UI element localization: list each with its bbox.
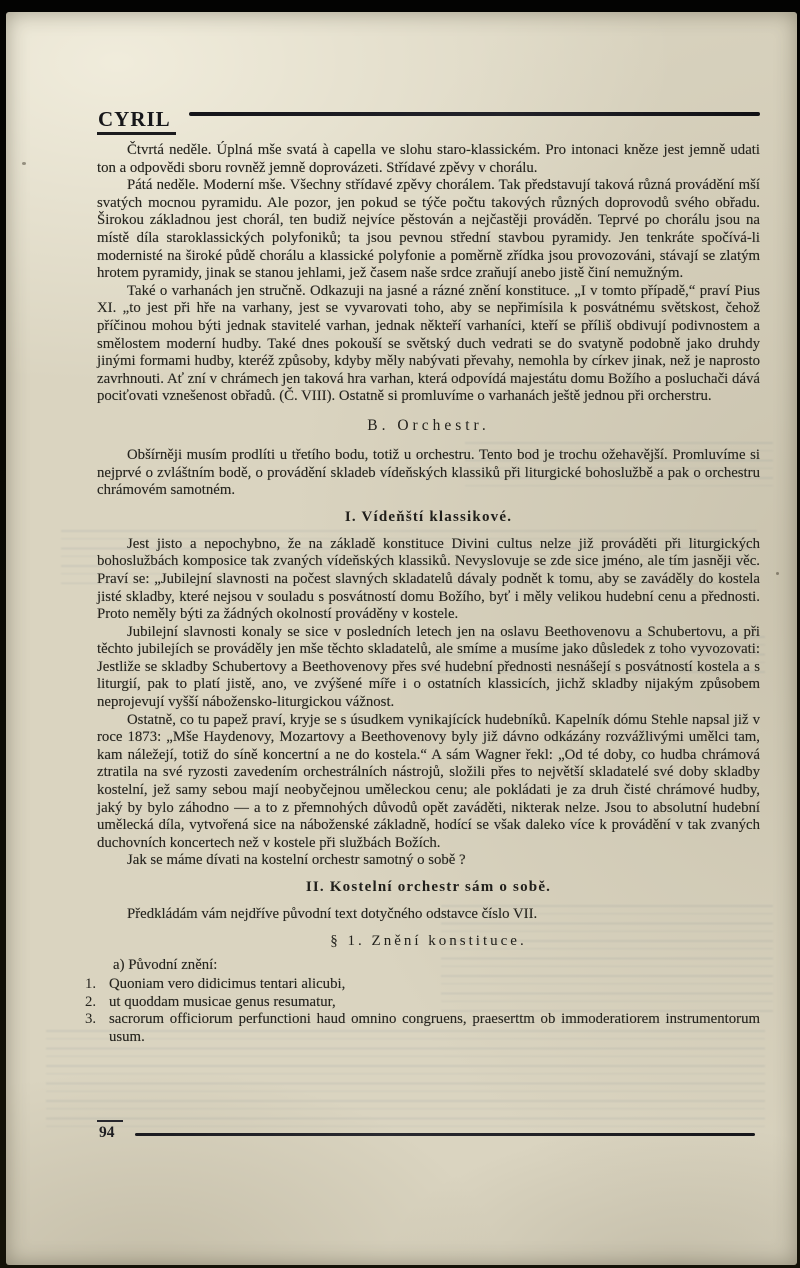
masthead-row: CYRIL [97, 108, 760, 135]
label-puvodni-zneni: a) Původní znění: [97, 957, 760, 975]
list-item-number: 1. [85, 976, 109, 994]
paragraph-organs: Také o varhanách jen stručně. Odkazuji n… [97, 283, 760, 406]
list-item: 2. ut quoddam musicae genus resumatur, [85, 994, 760, 1012]
page-number: 94 [97, 1120, 123, 1142]
section-heading-orchestr: B. Orchestr. [97, 417, 760, 435]
page-footer: 94 [97, 1120, 755, 1142]
paragraph-jest-jisto: Jest jisto a nepochybno, že na základě k… [97, 536, 760, 624]
paper-sheet: CYRIL Čtvrtá neděle. Úplná mše svatá à c… [6, 12, 797, 1265]
paragraph-jubilejni: Jubilejní slavnosti konaly se sice v pos… [97, 624, 760, 712]
paragraph-ostatne: Ostatně, co tu papež praví, kryje se s ú… [97, 712, 760, 853]
list-item-number: 3. [85, 1011, 109, 1046]
footer-rule [135, 1133, 756, 1136]
paragraph-heading-zneni: § 1. Znění konstituce. [97, 933, 760, 950]
paragraph-intro-orchestr: Obšírněji musím prodlíti u třetího bodu,… [97, 447, 760, 500]
paragraph-fourth-sunday: Čtvrtá neděle. Úplná mše svatá à capella… [97, 142, 760, 177]
subsection-heading-kostelni: II. Kostelní orchestr sám o sobě. [97, 879, 760, 896]
journal-masthead: CYRIL [97, 108, 176, 135]
scanned-page: CYRIL Čtvrtá neděle. Úplná mše svatá à c… [0, 0, 800, 1268]
subsection-heading-klassikove: I. Vídeňští klassikové. [97, 509, 760, 526]
list-item: 1. Quoniam vero didicimus tentari alicub… [85, 976, 760, 994]
list-item-text: ut quoddam musicae genus resumatur, [109, 994, 760, 1012]
constitution-list: 1. Quoniam vero didicimus tentari alicub… [85, 976, 760, 1046]
masthead-rule [189, 112, 760, 116]
paragraph-question: Jak se máme dívati na kostelní orchestr … [97, 852, 760, 870]
list-item-text: Quoniam vero didicimus tentari alicubi, [109, 976, 760, 994]
paragraph-fifth-sunday: Pátá neděle. Moderní mše. Všechny střída… [97, 177, 760, 283]
list-item: 3. sacrorum officiorum perfunctioni haud… [85, 1011, 760, 1046]
paragraph-predkladam: Předkládám vám nejdříve původní text dot… [97, 906, 760, 924]
article-body: Čtvrtá neděle. Úplná mše svatá à capella… [97, 142, 760, 1047]
list-item-text: sacrorum officiorum perfunctioni haud om… [109, 1011, 760, 1046]
list-item-number: 2. [85, 994, 109, 1012]
